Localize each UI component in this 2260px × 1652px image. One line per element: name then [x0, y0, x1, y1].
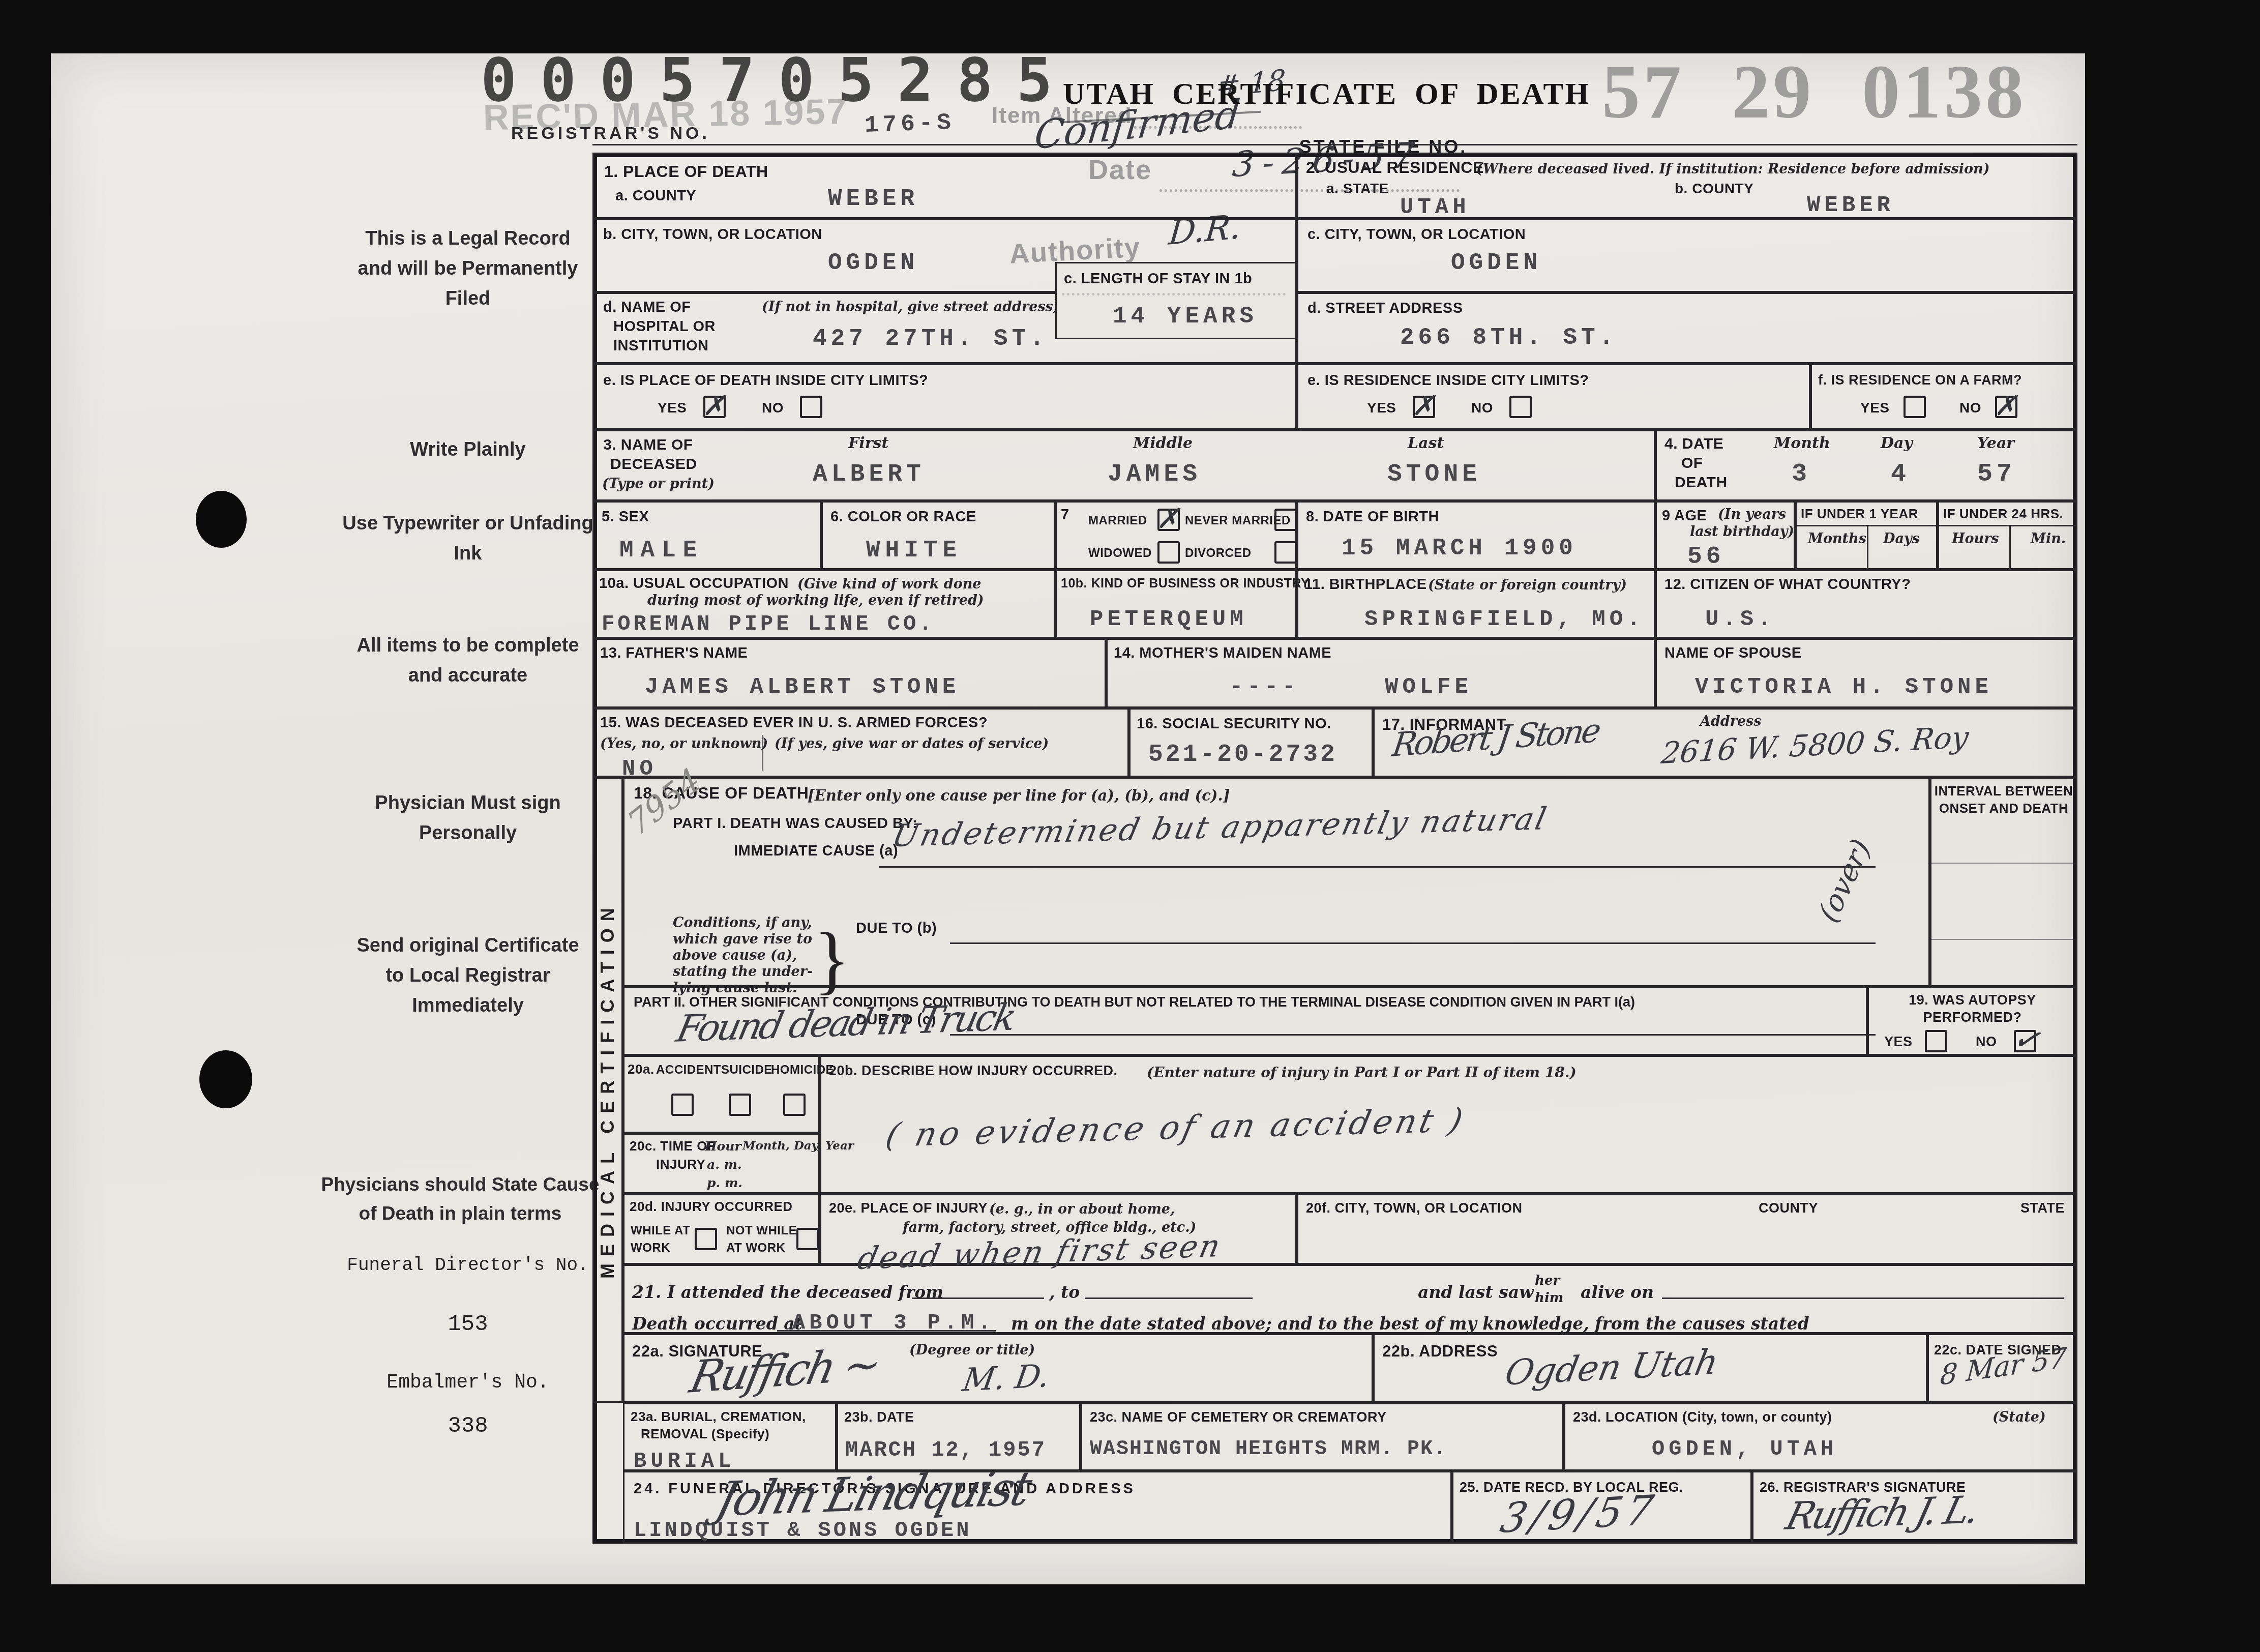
- hours-header: Hours: [1952, 531, 1999, 547]
- age-value: 56: [1687, 543, 1725, 571]
- registrar-signature-handwriting: Ruffich J. L.: [1781, 1488, 1982, 1539]
- field-2d-street: d. STREET ADDRESS 266 8TH. ST.: [1297, 292, 2077, 364]
- margin-note-typewriter: Use Typewriter or Unfading Ink: [331, 509, 605, 569]
- rule: [1797, 525, 1936, 526]
- embalmer-no-label: Embalmer's No.: [346, 1368, 590, 1398]
- burial-value: BURIAL: [634, 1449, 735, 1473]
- checkbox-not-while-at-work: [796, 1228, 819, 1250]
- while-at-work-label: WHILE AT: [631, 1224, 690, 1238]
- checkbox-no: [1509, 396, 1532, 418]
- field-label: OF: [1681, 455, 1703, 473]
- margin-note-plain-terms: Physicians should State Cause of Death i…: [315, 1170, 605, 1228]
- field-20c-time-of-injury: 20c. TIME OF INJURY Hour Month, Day, Yea…: [623, 1133, 820, 1194]
- yes-label: YES: [1860, 400, 1890, 416]
- funeral-director-no-label: Funeral Director's No.: [346, 1254, 590, 1278]
- field-label: 23a. BURIAL, CREMATION,: [631, 1409, 806, 1425]
- field-23d-location: 23d. LOCATION (City, town, or county) (S…: [1564, 1403, 2077, 1471]
- field-9-under-1-year: IF UNDER 1 YEAR Months Days: [1795, 501, 1938, 570]
- occupation-value: FOREMAN PIPE LINE CO.: [602, 612, 935, 636]
- attended-text: alive on: [1581, 1282, 1654, 1302]
- degree-hint: (Degree or title): [909, 1342, 1035, 1358]
- field-label: 10a. USUAL OCCUPATION: [599, 575, 789, 592]
- margin-note-send-original: Send original Certificate to Local Regis…: [346, 931, 590, 1021]
- field-9-under-24-hrs: IF UNDER 24 HRS. Hours Min.: [1938, 501, 2077, 570]
- field-7-marital-status: 7 MARRIED ✗ NEVER MARRIED WIDOWED DIVORC…: [1055, 501, 1297, 570]
- mother-name-value: WOLFE: [1385, 674, 1472, 700]
- field-label: a. STATE: [1326, 181, 1389, 197]
- rule: [1062, 293, 1286, 296]
- field-2e-city-limits: e. IS RESIDENCE INSIDE CITY LIMITS? YES …: [1297, 364, 1810, 430]
- field-hint: (State or foreign country): [1428, 577, 1627, 593]
- field-label: DEATH: [1675, 474, 1728, 492]
- due-to-b-label: DUE TO (b): [856, 920, 937, 937]
- column-header: Last: [1408, 434, 1444, 452]
- father-name-value: JAMES ALBERT STONE: [645, 674, 960, 700]
- field-label: a. COUNTY: [615, 188, 696, 204]
- address-header: Address: [1700, 714, 1762, 729]
- rule: [1867, 525, 1868, 570]
- am-label: a. m.: [707, 1157, 742, 1172]
- field-label: 9 AGE: [1662, 508, 1707, 524]
- conditions-hint: Conditions, if any,: [673, 915, 812, 931]
- field-25-date-received: 25. DATE RECD. BY LOCAL REG. 3/9/57: [1452, 1471, 1752, 1544]
- field-15-armed-forces: 15. WAS DECEASED EVER IN U. S. ARMED FOR…: [592, 708, 1129, 777]
- months-header: Months: [1808, 531, 1866, 547]
- immediate-cause-handwriting: Undetermined but apparently natural: [889, 801, 1552, 854]
- first-name-value: ALBERT: [813, 461, 925, 488]
- rule: [1931, 939, 2076, 940]
- length-of-stay-value: 14 YEARS: [1113, 303, 1258, 330]
- field-label: 20e. PLACE OF INJURY: [829, 1200, 988, 1216]
- field-3-name-of-deceased: 3. NAME OF DECEASED (Type or print) Firs…: [592, 430, 1655, 501]
- field-1c-length-of-stay: c. LENGTH OF STAY IN 1b 14 YEARS: [1055, 262, 1297, 339]
- rule: [950, 942, 1876, 944]
- last-name-value: STONE: [1387, 461, 1481, 488]
- field-label: DECEASED: [610, 456, 697, 474]
- check-mark: ✗: [702, 390, 725, 422]
- scanned-death-certificate: This is a Legal Record and will be Perma…: [0, 0, 2260, 1652]
- divorced-label: DIVORCED: [1185, 546, 1252, 560]
- checkbox-yes: ✗: [703, 396, 726, 418]
- check-mark: ✗: [1156, 503, 1179, 535]
- field-label: 20a.: [628, 1062, 655, 1077]
- field-12-citizen: 12. CITIZEN OF WHAT COUNTRY? U.S.: [1655, 570, 2077, 638]
- suicide-label: SUICIDE: [721, 1063, 772, 1077]
- him-label: him: [1535, 1290, 1563, 1306]
- margin-note-physician-sign: Physician Must sign Personally: [346, 788, 590, 848]
- registrars-no-label: REGISTRAR'S NO.: [511, 124, 710, 143]
- days-header: Days: [1883, 531, 1920, 547]
- accident-label: ACCIDENT: [656, 1063, 721, 1077]
- field-label: b. CITY, TOWN, OR LOCATION: [603, 226, 822, 243]
- field-19-autopsy: 19. WAS AUTOPSY PERFORMED? YES NO ✓: [1867, 987, 2077, 1055]
- checkbox-accident: [671, 1094, 694, 1116]
- rule: [879, 866, 1876, 868]
- min-header: Min.: [2031, 531, 2066, 547]
- column-header: First: [848, 434, 888, 452]
- medical-certification-label: MEDICAL CERTIFICATION: [597, 779, 625, 1401]
- yes-label: YES: [658, 400, 687, 416]
- field-label: 23d. LOCATION (City, town, or county): [1573, 1409, 1832, 1425]
- field-label: IF UNDER 24 HRS.: [1943, 507, 2063, 522]
- field-9-age: 9 AGE (In years last birthday) 56: [1655, 501, 1795, 570]
- blank-line: [1662, 1280, 2064, 1299]
- field-5-sex: 5. SEX MALE: [592, 501, 821, 570]
- checkbox-married: ✗: [1157, 509, 1180, 531]
- field-hint: (e. g., in or about home,: [989, 1201, 1175, 1217]
- conditions-hint: which gave rise to: [673, 931, 812, 947]
- field-label: IF UNDER 1 YEAR: [1801, 507, 1918, 522]
- blank-line: [1085, 1280, 1253, 1299]
- mother-dashes: ----: [1230, 674, 1300, 700]
- field-label: 20b. DESCRIBE HOW INJURY OCCURRED.: [829, 1063, 1118, 1079]
- pm-label: p. m.: [707, 1175, 742, 1190]
- checkbox-never-married: [1274, 509, 1297, 531]
- hospital-value: 427 27TH. ST.: [813, 326, 1048, 352]
- certificate-title: UTAH CERTIFICATE OF DEATH: [1063, 76, 1510, 111]
- funeral-director-no: 153: [346, 1307, 590, 1342]
- death-month-value: 3: [1792, 460, 1811, 489]
- check-mark: ✗: [1994, 390, 2017, 422]
- field-label: HOSPITAL OR: [613, 318, 716, 335]
- checkbox-yes: ✗: [1413, 396, 1435, 418]
- field-1e-city-limits: e. IS PLACE OF DEATH INSIDE CITY LIMITS?…: [592, 364, 1297, 430]
- field-label: 19. WAS AUTOPSY: [1869, 992, 2076, 1008]
- checkbox-no: ✗: [1995, 396, 2017, 418]
- residence-county-value: WEBER: [1807, 193, 1894, 218]
- field-hint: during most of working life, even if ret…: [647, 593, 984, 608]
- spouse-name-value: VICTORIA H. STONE: [1695, 674, 1993, 700]
- field-label: f. IS RESIDENCE ON A FARM?: [1818, 372, 2022, 388]
- field-label: 13. FATHER'S NAME: [600, 645, 748, 662]
- physician-address-handwriting: Ogden Utah: [1502, 1342, 1721, 1394]
- field-label: 22b. ADDRESS: [1382, 1342, 1498, 1361]
- death-year-value: 57: [1977, 460, 2016, 489]
- attended-text: 21. I attended the deceased from: [632, 1282, 943, 1302]
- immediate-cause-label: IMMEDIATE CAUSE (a): [734, 843, 898, 860]
- field-label: 20d. INJURY OCCURRED: [630, 1199, 793, 1215]
- field-label: d. NAME OF: [603, 299, 691, 316]
- field-label: 5. SEX: [602, 509, 649, 525]
- conditions-hint: above cause (a),: [673, 948, 797, 963]
- injury-description-handwriting: ( no evidence of an accident ): [882, 1102, 1469, 1155]
- field-20b-describe-injury: 20b. DESCRIBE HOW INJURY OCCURRED. (Ente…: [820, 1055, 2077, 1194]
- field-23c-cemetery: 23c. NAME OF CEMETERY OR CREMATORY WASHI…: [1081, 1403, 1564, 1471]
- funeral-director-signature-handwriting: John Lindquist: [711, 1461, 1035, 1527]
- field-18-cause-of-death: 18. CAUSE OF DEATH [Enter only one cause…: [623, 777, 1930, 987]
- place-city-value: OGDEN: [828, 250, 918, 276]
- field-hint: (If yes, give war or dates of service): [775, 736, 1049, 752]
- field-1-place-of-death: 1. PLACE OF DEATH a. COUNTY WEBER: [592, 153, 1297, 219]
- field-2c-city: c. CITY, TOWN, OR LOCATION OGDEN: [1297, 219, 2077, 292]
- field-6-color-or-race: 6. COLOR OR RACE WHITE: [821, 501, 1055, 570]
- birthplace-value: SPRINGFIELD, MO.: [1364, 607, 1644, 632]
- column-header: Year: [1977, 434, 2014, 452]
- field-20d-injury-occurred: 20d. INJURY OCCURRED WHILE AT WORK NOT W…: [623, 1194, 820, 1264]
- checkbox-divorced: [1274, 541, 1297, 564]
- field-label: PERFORMED?: [1869, 1010, 2076, 1025]
- field-label: e. IS PLACE OF DEATH INSIDE CITY LIMITS?: [603, 372, 928, 389]
- checkbox-widowed: [1157, 541, 1180, 564]
- field-4-date-of-death: 4. DATE OF DEATH Month Day Year 3 4 57: [1655, 430, 2077, 501]
- field-label: 12. CITIZEN OF WHAT COUNTRY?: [1664, 576, 1911, 593]
- yes-label: YES: [1367, 400, 1396, 416]
- field-16-ssn: 16. SOCIAL SECURITY NO. 521-20-2732: [1129, 708, 1373, 777]
- field-label: REMOVAL (Specify): [641, 1427, 769, 1442]
- field-label: d. STREET ADDRESS: [1307, 300, 1463, 317]
- field-label: e. IS RESIDENCE INSIDE CITY LIMITS?: [1307, 372, 1589, 389]
- field-22b-address: 22b. ADDRESS Ogden Utah: [1373, 1334, 1927, 1403]
- field-14-mother: 14. MOTHER'S MAIDEN NAME ---- WOLFE: [1106, 638, 1655, 708]
- field-8-date-of-birth: 8. DATE OF BIRTH 15 MARCH 1900: [1297, 501, 1655, 570]
- field-23b-date: 23b. DATE MARCH 12, 1957: [837, 1403, 1081, 1471]
- field-label: 20f. CITY, TOWN, OR LOCATION: [1306, 1200, 1523, 1216]
- field-hint: last birthday): [1690, 524, 1794, 540]
- birth-date-value: 15 MARCH 1900: [1342, 535, 1577, 562]
- married-label: MARRIED: [1088, 514, 1147, 528]
- field-18-part2: PART II. OTHER SIGNIFICANT CONDITIONS CO…: [623, 987, 1867, 1055]
- field-hint: (If not in hospital, give street address…: [762, 299, 1060, 315]
- field-label: c. CITY, TOWN, OR LOCATION: [1307, 226, 1526, 243]
- state-file-no-stamp: 57 29 0138: [1602, 48, 2027, 136]
- interval-label: INTERVAL BETWEEN: [1931, 784, 2076, 799]
- checkbox-yes: [1925, 1030, 1947, 1052]
- no-label: NO: [1471, 400, 1493, 416]
- field-20f-location: 20f. CITY, TOWN, OR LOCATION COUNTY STAT…: [1297, 1194, 2077, 1264]
- conditions-hint: stating the under-: [673, 964, 813, 980]
- county-header: COUNTY: [1759, 1200, 1818, 1216]
- state-hint: (State): [1993, 1409, 2046, 1425]
- registrars-no-value: 176-S: [864, 109, 956, 139]
- part1-label: PART I. DEATH WAS CAUSED BY:: [673, 815, 917, 832]
- yes-label: YES: [1884, 1034, 1913, 1050]
- field-hint: [Enter only one cause per line for (a), …: [808, 787, 1230, 804]
- column-header: Middle: [1133, 434, 1193, 452]
- field-label: 7: [1061, 507, 1069, 523]
- field-label: 2. USUAL RESIDENCE: [1306, 158, 1484, 177]
- punch-hole: [196, 491, 247, 548]
- race-value: WHITE: [866, 537, 962, 564]
- field-label: b. COUNTY: [1675, 181, 1753, 197]
- rule: [1939, 525, 2076, 526]
- field-label: 11. BIRTHPLACE: [1304, 576, 1427, 593]
- field-20a-accident-suicide-homicide: 20a. ACCIDENT SUICIDE HOMICIDE: [623, 1055, 820, 1133]
- sex-value: MALE: [619, 537, 704, 564]
- middle-name-value: JAMES: [1108, 461, 1201, 488]
- place-county-value: WEBER: [828, 186, 918, 212]
- column-header: Month: [1774, 434, 1830, 452]
- field-2f-farm: f. IS RESIDENCE ON A FARM? YES NO ✗: [1810, 364, 2077, 430]
- field-label: INSTITUTION: [613, 338, 709, 355]
- attended-text: and last saw: [1418, 1282, 1534, 1302]
- while-at-work-label: WORK: [631, 1241, 670, 1255]
- field-22a-signature: 22a. SIGNATURE (Degree or title) Ruffich…: [623, 1334, 1373, 1403]
- her-label: her: [1535, 1273, 1560, 1288]
- rule: [2009, 525, 2011, 570]
- hour-header: Hour: [705, 1139, 741, 1154]
- checkbox-yes: [1904, 396, 1926, 418]
- field-label: INJURY: [656, 1157, 705, 1172]
- field-label: 8. DATE OF BIRTH: [1306, 509, 1439, 525]
- serial-number-stamp: 0005705285: [481, 45, 1076, 115]
- field-label: c. LENGTH OF STAY IN 1b: [1064, 271, 1252, 287]
- punch-hole: [199, 1050, 252, 1108]
- rule: [1931, 863, 2076, 864]
- field-label: NAME OF SPOUSE: [1664, 645, 1802, 662]
- field-hint: (Give kind of work done: [797, 576, 982, 592]
- cemetery-value: WASHINGTON HEIGHTS MRM. PK.: [1090, 1438, 1447, 1461]
- citizen-value: U.S.: [1705, 607, 1775, 632]
- field-spouse: NAME OF SPOUSE VICTORIA H. STONE: [1655, 638, 2077, 708]
- field-label: 15. WAS DECEASED EVER IN U. S. ARMED FOR…: [600, 715, 988, 731]
- margin-note-complete: All items to be complete and accurate: [346, 631, 590, 691]
- interval-column: INTERVAL BETWEEN ONSET AND DEATH: [1930, 777, 2077, 987]
- checkbox-while-at-work: [695, 1228, 717, 1250]
- check-mark: ✗: [1412, 390, 1435, 422]
- checkbox-homicide: [783, 1094, 806, 1116]
- attended-text: , to: [1049, 1282, 1080, 1302]
- field-21-attended: 21. I attended the deceased from , to an…: [623, 1264, 2077, 1334]
- checkbox-no: ✓: [2014, 1030, 2036, 1052]
- field-22c-date-signed: 22c. DATE SIGNED 8 Mar 57: [1927, 1334, 2077, 1403]
- field-hint: (In years: [1718, 507, 1786, 522]
- no-label: NO: [1976, 1034, 1997, 1050]
- blank-line: [777, 1313, 996, 1332]
- field-13-father: 13. FATHER'S NAME JAMES ALBERT STONE: [592, 638, 1106, 708]
- field-label: 4. DATE: [1664, 435, 1723, 453]
- field-label: 1. PLACE OF DEATH: [604, 162, 768, 181]
- field-hint: (Enter nature of injury in Part I or Par…: [1147, 1064, 1577, 1081]
- field-label: 16. SOCIAL SECURITY NO.: [1137, 716, 1331, 732]
- field-17-informant: 17. INFORMANT Address Robert J Stone 261…: [1373, 708, 2077, 777]
- medical-certification-strip: MEDICAL CERTIFICATION: [592, 777, 623, 1403]
- no-label: NO: [1959, 400, 1981, 416]
- rule: [592, 144, 2077, 145]
- field-hint: (Yes, no, or unknown): [600, 736, 768, 752]
- field-26-registrar-signature: 26. REGISTRAR'S SIGNATURE Ruffich J. L.: [1752, 1471, 2077, 1544]
- field-23a-burial: 23a. BURIAL, CREMATION, REMOVAL (Specify…: [623, 1403, 837, 1471]
- field-label: 6. COLOR OR RACE: [830, 509, 976, 525]
- ssn-value: 521-20-2732: [1148, 741, 1337, 769]
- street-address-value: 266 8TH. ST.: [1400, 324, 1617, 351]
- date-received-handwriting: 3/9/57: [1497, 1486, 1661, 1542]
- rule: [762, 735, 763, 771]
- margin-note-write-plainly: Write Plainly: [346, 435, 590, 465]
- field-2-usual-residence: 2. USUAL RESIDENCE (Where deceased lived…: [1297, 153, 2077, 219]
- embalmer-no: 338: [346, 1409, 590, 1443]
- field-11-birthplace: 11. BIRTHPLACE (State or foreign country…: [1297, 570, 1655, 638]
- not-while-at-work-label: NOT WHILE: [726, 1224, 797, 1238]
- burial-date-value: MARCH 12, 1957: [845, 1438, 1046, 1462]
- widowed-label: WIDOWED: [1088, 546, 1152, 560]
- residence-state-value: UTAH: [1400, 195, 1470, 220]
- field-10b-industry: 10b. KIND OF BUSINESS OR INDUSTRY PETERQ…: [1055, 570, 1297, 638]
- field-hint: (Where deceased lived. If institution: R…: [1476, 161, 1989, 177]
- industry-value: PETERQEUM: [1090, 607, 1247, 632]
- field-10a-occupation: 10a. USUAL OCCUPATION (Give kind of work…: [592, 570, 1055, 638]
- field-label: 23b. DATE: [844, 1409, 914, 1425]
- field-label: 20c. TIME OF: [630, 1139, 716, 1154]
- checkbox-suicide: [729, 1094, 751, 1116]
- degree-handwriting: M. D.: [960, 1356, 1053, 1399]
- residence-city-value: OGDEN: [1451, 250, 1541, 276]
- field-label: 23c. NAME OF CEMETERY OR CREMATORY: [1090, 1409, 1387, 1425]
- field-24-funeral-director: 24. FUNERAL DIRECTOR'S SIGNATURE AND ADD…: [623, 1471, 1452, 1544]
- column-header: Day: [1881, 434, 1913, 452]
- margin-note-legal-record: This is a Legal Record and will be Perma…: [346, 224, 590, 314]
- interval-label: ONSET AND DEATH: [1931, 801, 2076, 816]
- death-occurred-text: m on the date stated above; and to the b…: [1011, 1314, 1809, 1334]
- field-label: 3. NAME OF: [603, 436, 693, 454]
- blank-line: [912, 1280, 1044, 1299]
- field-label: 14. MOTHER'S MAIDEN NAME: [1114, 645, 1331, 662]
- burial-location-value: OGDEN, UTAH: [1652, 1437, 1837, 1461]
- death-day-value: 4: [1891, 460, 1910, 489]
- not-while-at-work-label: AT WORK: [726, 1241, 785, 1255]
- state-header: STATE: [2020, 1200, 2065, 1216]
- field-label: 10b. KIND OF BUSINESS OR INDUSTRY: [1061, 576, 1310, 591]
- checkbox-no: [800, 396, 822, 418]
- no-label: NO: [762, 400, 784, 416]
- field-hint: (Type or print): [602, 476, 715, 492]
